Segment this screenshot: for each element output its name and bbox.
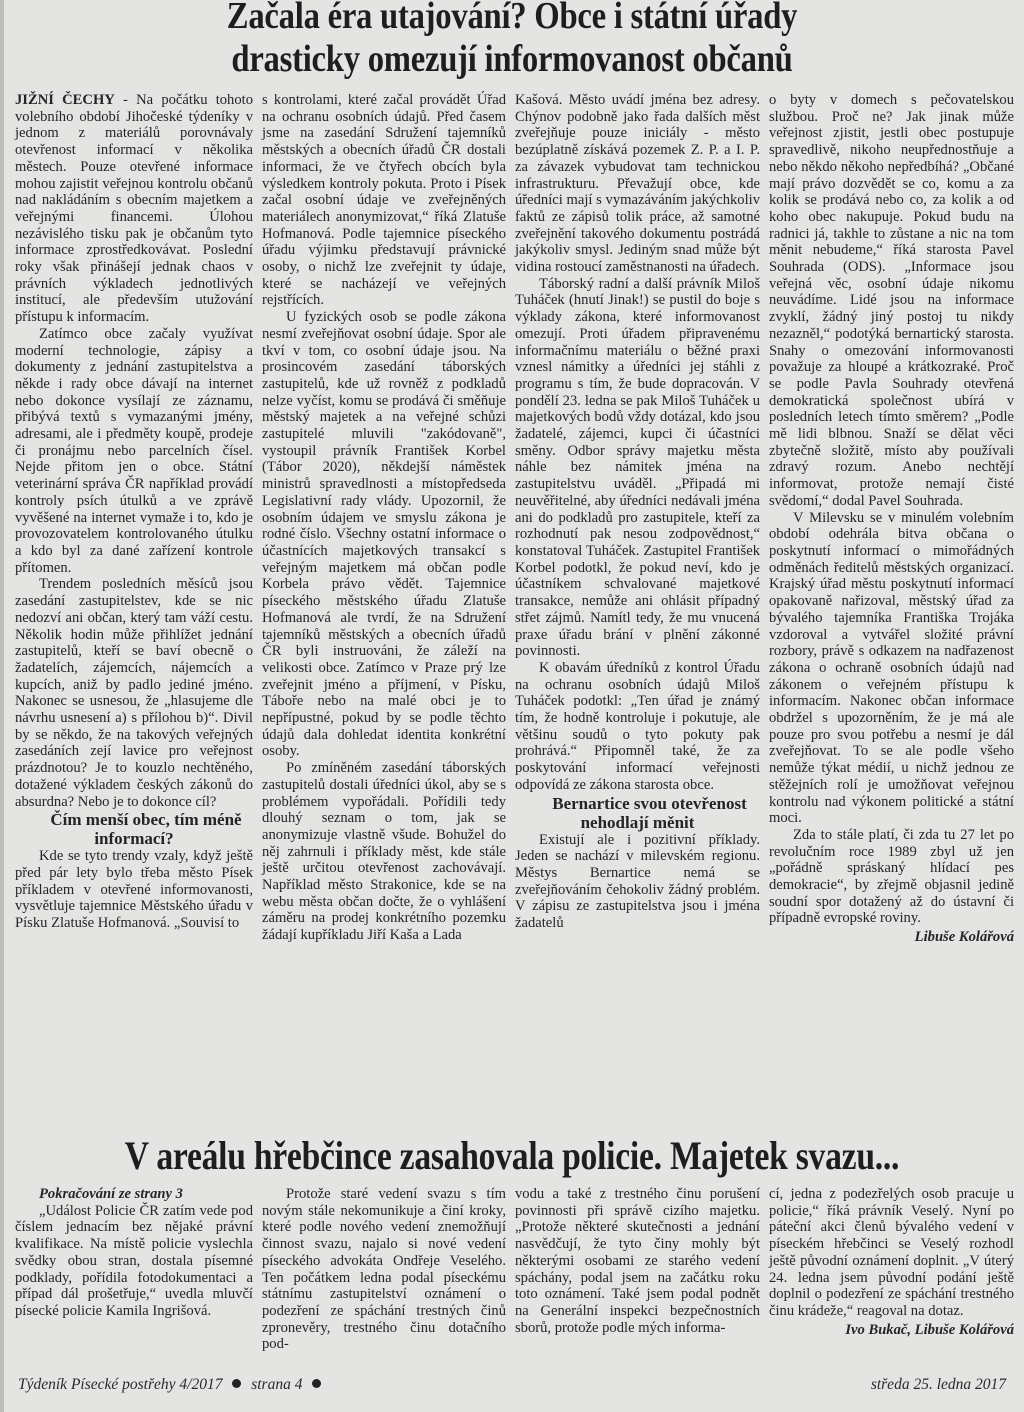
paragraph: cí, jedna z podezřelých osob pracuje u p…: [769, 1186, 1014, 1320]
paragraph: K obavám úředníků z kontrol Úřadu na och…: [515, 660, 760, 794]
headline-article-2: V areálu hřebčince zasahovala policie. M…: [82, 1134, 942, 1178]
article1-column-4: o byty v domech s pečovatelskou službou.…: [769, 92, 1014, 946]
paragraph: V Milevsku se v minulém volebním období …: [769, 510, 1014, 827]
paragraph: Existují ale i pozitivní příklady. Jeden…: [515, 832, 760, 932]
paragraph: Trendem posledních měsíců jsou zasedání …: [15, 576, 253, 810]
article2-column-1: Pokračování ze strany 3 „Událost Policie…: [15, 1186, 253, 1320]
continuation-kicker: Pokračování ze strany 3: [15, 1186, 253, 1203]
paragraph: JIŽNÍ ČECHY - Na počátku tohoto volebníh…: [15, 92, 253, 326]
author-signature: Libuše Kolářová: [769, 929, 1014, 946]
article1-column-3: Kašová. Město uvádí jména bez adresy. Ch…: [515, 92, 760, 932]
article2-column-4: cí, jedna z podezřelých osob pracuje u p…: [769, 1186, 1014, 1338]
article2-column-3: vodu a také z trestného činu porušení po…: [515, 1186, 760, 1336]
paragraph: „Událost Policie ČR zatím vede pod čísle…: [15, 1203, 253, 1320]
paragraph: s kontrolami, které začal provádět Úřad …: [262, 92, 506, 309]
paragraph: U fyzických osob se podle zákona nesmí z…: [262, 309, 506, 760]
subheadline: Čím menší obec, tím méně informací?: [15, 810, 253, 848]
page-number: strana 4: [251, 1376, 302, 1393]
paragraph: Zda to stále platí, či zda tu 27 let po …: [769, 827, 1014, 927]
footer-publication: Týdeník Písecké postřehy 4/2017 strana 4: [18, 1376, 327, 1394]
publication-name: Týdeník Písecké postřehy 4/2017: [18, 1376, 222, 1393]
bullet-icon: [312, 1379, 321, 1388]
paragraph: Zatímco obce začaly využívat moderní tec…: [15, 326, 253, 577]
footer-date: středa 25. ledna 2017: [871, 1376, 1006, 1394]
headline-line-1: Začala éra utajování? Obce i státní úřad…: [72, 0, 953, 38]
paragraph-text: - Na počátku tohoto volebního období Jih…: [15, 92, 253, 325]
paragraph: Protože staré vedení svazu s tím novým s…: [262, 1186, 506, 1353]
paragraph: o byty v domech s pečovatelskou službou.…: [769, 92, 1014, 510]
article1-column-1: JIŽNÍ ČECHY - Na počátku tohoto volebníh…: [15, 92, 253, 932]
paragraph: Po zmíněném zasedání táborských zastupit…: [262, 760, 506, 944]
paragraph: vodu a také z trestného činu porušení po…: [515, 1186, 760, 1336]
author-signature: Ivo Bukač, Libuše Kolářová: [769, 1322, 1014, 1339]
paragraph: Kašová. Město uvádí jména bez adresy. Ch…: [515, 92, 760, 276]
bullet-icon: [232, 1379, 241, 1388]
dateline: JIŽNÍ ČECHY: [15, 92, 115, 108]
paragraph: Kde se tyto trendy vzaly, když ještě pře…: [15, 848, 253, 932]
article1-column-2: s kontrolami, které začal provádět Úřad …: [262, 92, 506, 944]
page-edge: [0, 0, 4, 1412]
article2-column-2: Protože staré vedení svazu s tím novým s…: [262, 1186, 506, 1353]
paragraph: Táborský radní a další právník Miloš Tuh…: [515, 276, 760, 660]
headline-line-2: drasticky omezují informovanost občanů: [72, 37, 953, 81]
subheadline: Bernartice svou otevřenost nehodlají měn…: [515, 794, 760, 832]
